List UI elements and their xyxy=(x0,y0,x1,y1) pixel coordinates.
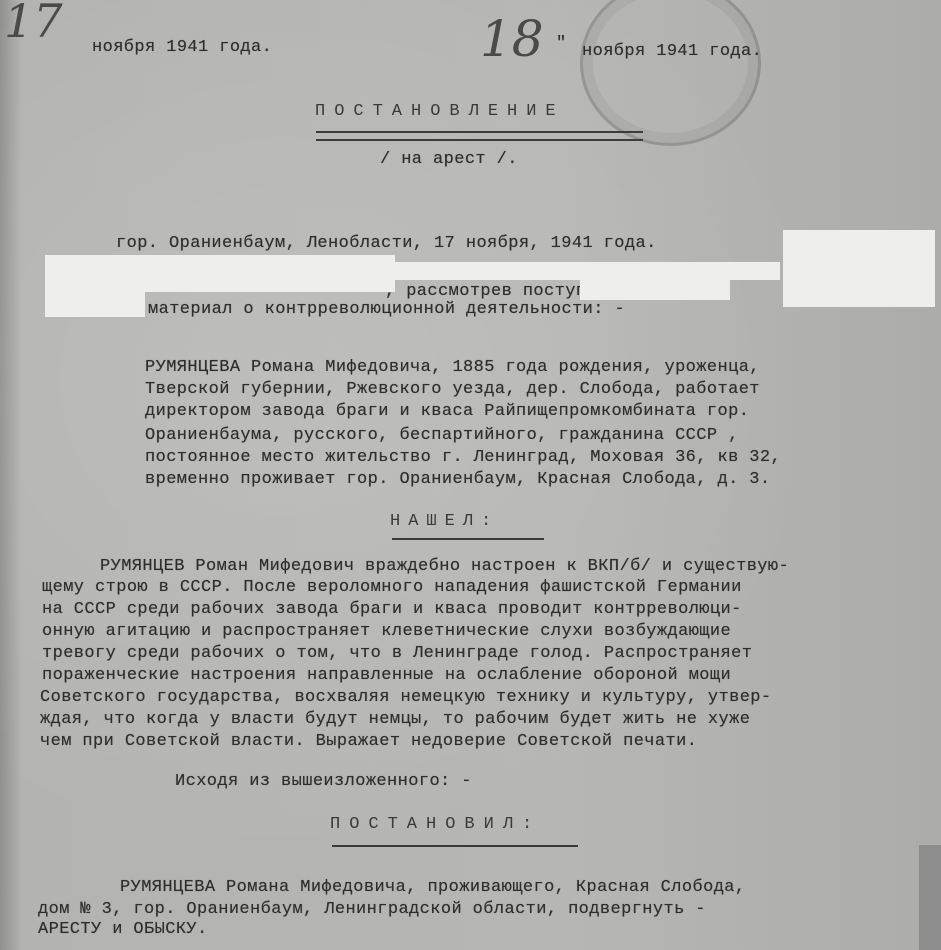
findings-line: Советского государства, восхваляя немецк… xyxy=(40,688,772,707)
redaction-block-right-lower xyxy=(580,262,730,300)
scan-edge-shadow xyxy=(919,845,941,950)
section-resolved-underline xyxy=(332,845,578,847)
findings-line: РУМЯНЦЕВ Роман Мифедович враждебно настр… xyxy=(100,557,789,576)
day-quote: " xyxy=(556,34,567,53)
resolution-line: РУМЯНЦЕВА Романа Мифедовича, проживающег… xyxy=(120,878,746,897)
findings-line: онную агитацию и распространяет клеветни… xyxy=(42,622,731,641)
header-date-right: ноября 1941 года. xyxy=(582,42,762,61)
findings-line: ждая, что когда у власти будут немцы, то… xyxy=(40,710,750,729)
findings-line: пораженческие настроения направленные на… xyxy=(42,666,731,685)
redaction-block-middle xyxy=(145,255,395,292)
redaction-block-right xyxy=(783,230,935,307)
findings-line: тревогу среди рабочих о том, что в Ленин… xyxy=(42,644,752,663)
section-found-heading: НАШЕЛ: xyxy=(390,512,499,531)
subject-line: Ораниенбаума, русского, беспартийного, г… xyxy=(145,426,739,445)
subject-line: РУМЯНЦЕВА Романа Мифедовича, 1885 года р… xyxy=(145,358,760,377)
subject-line: Тверской губернии, Ржевского уезда, дер.… xyxy=(145,380,760,399)
section-found-underline xyxy=(392,538,544,540)
basis-line: Исходя из вышеизложенного: - xyxy=(175,772,472,791)
findings-line: на СССР среди рабочих завода браги и ква… xyxy=(42,600,742,619)
document-title: ПОСТАНОВЛЕНИЕ xyxy=(315,102,565,121)
resolution-line: дом № 3, гор. Ораниенбаум, Ленинградской… xyxy=(38,900,706,919)
handwritten-mark-left: 17 xyxy=(4,0,63,48)
redaction-block-left xyxy=(45,255,145,317)
title-underline xyxy=(316,131,643,141)
resolution-line: АРЕСТУ и ОБЫСКУ. xyxy=(38,920,208,939)
intro-line-3: материал о контрреволюционной деятельнос… xyxy=(148,300,625,319)
findings-line: чем при Советской власти. Выражает недов… xyxy=(40,732,697,751)
header-date-left: ноября 1941 года. xyxy=(92,38,272,57)
subject-line: постоянное место жительство г. Ленинград… xyxy=(145,448,781,467)
subject-line: директором завода браги и кваса Райпищеп… xyxy=(145,402,749,421)
document-subtitle: / на арест /. xyxy=(380,150,518,169)
handwritten-day: 18 xyxy=(480,10,544,68)
section-resolved-heading: ПОСТАНОВИЛ: xyxy=(330,815,541,834)
findings-line: щему строю в СССР. После вероломного нап… xyxy=(42,578,742,597)
subject-line: временно проживает гор. Ораниенбаум, Кра… xyxy=(145,470,771,489)
intro-line-1: гор. Ораниенбаум, Ленобласти, 17 ноября,… xyxy=(116,234,657,253)
